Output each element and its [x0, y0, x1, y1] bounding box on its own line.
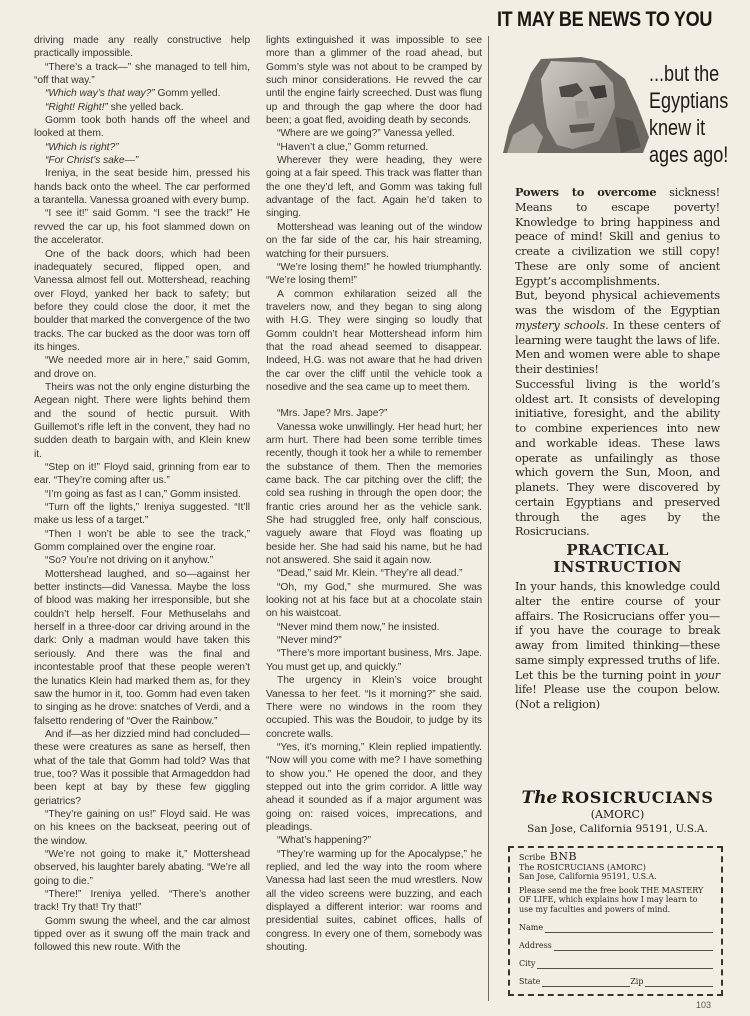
story-paragraph: “They’re warming up for the Apocalypse,”… — [266, 848, 482, 955]
story-paragraph: “So? You’re not driving on it anyhow.” — [34, 554, 250, 567]
story-paragraph: “What’s happening?” — [266, 834, 482, 847]
story-paragraph: “Never mind?” — [266, 634, 482, 647]
subheadline-line: ages ago! — [649, 141, 728, 168]
story-paragraph: “Where are we going?” Vanessa yelled. — [266, 127, 482, 140]
story-paragraph: Theirs was not the only engine disturbin… — [34, 381, 250, 461]
ad-text: In your hands, this knowledge could alte… — [515, 580, 720, 682]
name-label: Name — [519, 923, 543, 933]
italic-dialogue: “Which way’s that way?” — [45, 88, 155, 99]
column-divider — [488, 36, 489, 1001]
story-paragraph: “We’re losing them!” he howled triumphan… — [266, 261, 482, 288]
story-paragraph: “Mrs. Jape? Mrs. Jape?” — [266, 407, 482, 420]
sphinx-photo-icon — [503, 57, 649, 153]
story-paragraph: A common exhilaration seized all the tra… — [266, 288, 482, 395]
dialogue-tag: she yelled back. — [108, 102, 184, 113]
dialogue-tag: Gomm yelled. — [155, 88, 221, 99]
subheadline-line: ...but the — [649, 60, 728, 87]
brand-address: San Jose, California 95191, U.S.A. — [515, 823, 720, 835]
story-paragraph: “We’re not going to make it,” Mottershea… — [34, 848, 250, 888]
ad-brand-block: TheROSICRUCIANS (AMORC) San Jose, Califo… — [515, 788, 720, 835]
ad-headline: IT MAY BE NEWS TO YOU — [497, 7, 699, 32]
story-paragraph: “They’re gaining on us!” Floyd said. He … — [34, 808, 250, 848]
zip-line[interactable] — [645, 979, 713, 987]
ad-italic: your — [695, 669, 720, 682]
story-column-2: lights extinguished it was impossible to… — [266, 34, 482, 954]
subheadline-line: Egyptians — [649, 87, 728, 114]
scribe-label: Scribe — [519, 853, 545, 862]
coupon-scribe: Scribe BNB — [519, 852, 713, 863]
coupon-address: San Jose, California 95191, U.S.A. — [519, 872, 713, 882]
brand-org: (AMORC) — [515, 808, 720, 821]
story-paragraph: “Dead,” said Mr. Klein. “They’re all dea… — [266, 567, 482, 580]
story-paragraph: “Right! Right!” she yelled back. — [34, 101, 250, 114]
story-paragraph: “Turn off the lights,” Ireniya suggested… — [34, 501, 250, 528]
story-paragraph: “Oh, my God,” she murmured. She was look… — [266, 581, 482, 621]
story-paragraph: And if—as her dizzied mind had concluded… — [34, 728, 250, 808]
italic-dialogue: “Which is right?” — [45, 142, 119, 153]
city-field[interactable]: City — [519, 959, 713, 969]
ad-paragraph-2: But, beyond physical achievements was th… — [515, 289, 720, 378]
state-label: State — [519, 977, 540, 987]
city-line[interactable] — [537, 961, 713, 969]
story-paragraph: “Which way’s that way?” Gomm yelled. — [34, 87, 250, 100]
story-paragraph: “There’s more important business, Mrs. J… — [266, 647, 482, 674]
address-field[interactable]: Address — [519, 941, 713, 951]
ad-lead-text: sickness! Means to escape poverty! Knowl… — [515, 186, 720, 288]
story-paragraph: Ireniya, in the seat beside him, pressed… — [34, 167, 250, 207]
story-paragraph: “Haven’t a clue,” Gomm returned. — [266, 141, 482, 154]
story-paragraph: “Step on it!” Floyd said, grinning from … — [34, 461, 250, 488]
ad-italic: mystery schools — [515, 319, 605, 332]
story-column-1: driving made any really constructive hel… — [34, 34, 250, 955]
story-paragraph: “We needed more air in here,” said Gomm,… — [34, 354, 250, 381]
section-heading-line: INSTRUCTION — [515, 559, 720, 576]
ad-lead-bold: Powers to overcome — [515, 185, 656, 199]
story-paragraph: “There!” Ireniya yelled. “There’s anothe… — [34, 888, 250, 915]
story-paragraph: lights extinguished it was impossible to… — [266, 34, 482, 127]
ad-paragraph-3: Successful living is the world’s oldest … — [515, 378, 720, 540]
brand-the: The — [521, 788, 557, 808]
address-line[interactable] — [554, 943, 713, 951]
italic-dialogue: “For Christ’s sake—” — [45, 155, 138, 166]
ad-text: But, beyond physical achievements was th… — [515, 289, 720, 317]
story-paragraph: “Then I won’t be able to see the track,”… — [34, 528, 250, 555]
name-line[interactable] — [545, 925, 713, 933]
ad-paragraph-4: In your hands, this knowledge could alte… — [515, 580, 720, 713]
story-paragraph: “Which is right?” — [34, 141, 250, 154]
mail-in-coupon: Scribe BNB The ROSICRUCIANS (AMORC) San … — [508, 846, 723, 996]
city-label: City — [519, 959, 535, 969]
ad-section-heading: PRACTICAL INSTRUCTION — [515, 542, 720, 576]
ad-text: life! Please use the coupon below. (Not … — [515, 683, 720, 711]
story-paragraph: Gomm took both hands off the wheel and l… — [34, 114, 250, 141]
story-paragraph: Wherever they were heading, they were go… — [266, 154, 482, 221]
coupon-org: The ROSICRUCIANS (AMORC) — [519, 863, 713, 873]
story-paragraph: Vanessa woke unwillingly. Her head hurt;… — [266, 421, 482, 568]
story-paragraph: “For Christ’s sake—” — [34, 154, 250, 167]
ad-subheadline: ...but the Egyptians knew it ages ago! — [649, 60, 728, 168]
story-paragraph: “I’m going as fast as I can,” Gomm insis… — [34, 488, 250, 501]
story-paragraph: “Never mind them now,” he insisted. — [266, 621, 482, 634]
story-paragraph: The urgency in Klein’s voice brought Van… — [266, 674, 482, 741]
ad-paragraph-1: Powers to overcome sickness! Means to es… — [515, 185, 720, 289]
name-field[interactable]: Name — [519, 923, 713, 933]
story-paragraph: Mottershead was leaning out of the windo… — [266, 221, 482, 261]
coupon-request: Please send me the free book THE MASTERY… — [519, 886, 713, 915]
story-paragraph: Mottershead laughed, and so—against her … — [34, 568, 250, 728]
story-paragraph: “There’s a track—” she managed to tell h… — [34, 61, 250, 88]
story-paragraph: driving made any really constructive hel… — [34, 34, 250, 61]
story-paragraph: “Yes, it’s morning,” Klein replied impat… — [266, 741, 482, 834]
story-paragraph: Gomm swung the wheel, and the car almost… — [34, 915, 250, 955]
page-number: 103 — [696, 1000, 711, 1010]
subheadline-line: knew it — [649, 114, 728, 141]
section-heading-line: PRACTICAL — [515, 542, 720, 559]
state-zip-field[interactable]: StateZip — [519, 977, 713, 987]
story-paragraph: “I see it!” said Gomm. “I see the track!… — [34, 207, 250, 247]
address-label: Address — [519, 941, 552, 951]
zip-label: Zip — [630, 977, 643, 987]
scribe-value: BNB — [550, 850, 577, 863]
story-paragraph: One of the back doors, which had been in… — [34, 248, 250, 355]
ad-body-copy: Powers to overcome sickness! Means to es… — [515, 185, 720, 713]
brand-name: ROSICRUCIANS — [561, 788, 713, 807]
italic-dialogue: “Right! Right!” — [45, 102, 108, 113]
state-line[interactable] — [542, 979, 630, 987]
